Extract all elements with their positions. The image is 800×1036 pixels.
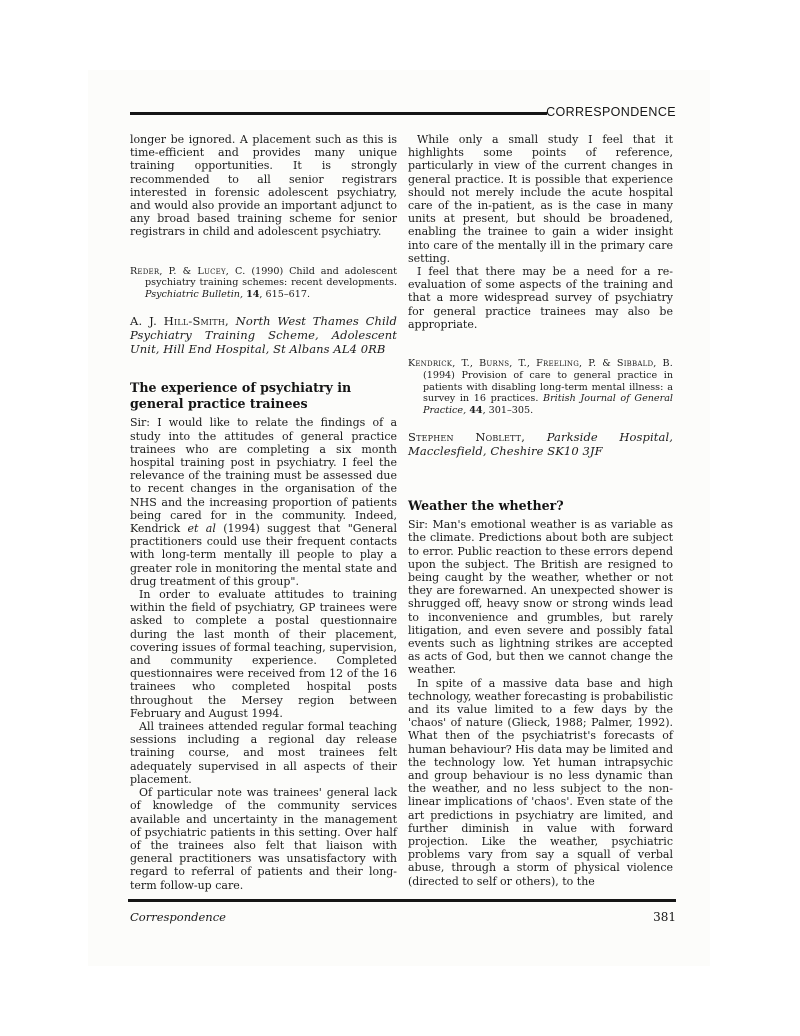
paragraph: All trainees attended regular formal tea… (130, 720, 397, 786)
et-al-italic: et al (188, 522, 216, 535)
footer-rule (128, 899, 676, 902)
signature-name: A. J. Hill-Smith, (130, 314, 236, 328)
reference-authors: Reder, P. & Lucey, C. (130, 266, 246, 277)
signature-noblett: Stephen Noblett, Parkside Hospital, Macc… (408, 431, 673, 459)
paragraph: I feel that there may be a need for a re… (408, 265, 673, 331)
reference-kendrick: Kendrick, T., Burns, T., Freeling, P. & … (408, 358, 673, 417)
letter-heading-weather: Weather the whether? (408, 498, 673, 514)
paragraph: Sir: I would like to relate the findings… (130, 416, 397, 588)
right-column: While only a small study I feel that it … (408, 133, 673, 888)
paragraph-text: Sir: I would like to relate the findings… (130, 416, 397, 535)
header-rule (130, 112, 547, 115)
page: CORRESPONDENCE longer be ignored. A plac… (88, 70, 710, 966)
running-head: CORRESPONDENCE (546, 106, 676, 119)
reference-journal: Psychiatric Bulletin, (145, 289, 246, 300)
paragraph: In spite of a massive data base and high… (408, 677, 673, 888)
reference-reder-lucey: Reder, P. & Lucey, C. (1990) Child and a… (130, 266, 397, 301)
continuation-paragraph: longer be ignored. A placement such as t… (130, 133, 397, 239)
letter-heading-experience: The experience of psychiatry in general … (130, 380, 397, 411)
signature-hill-smith: A. J. Hill-Smith, North West Thames Chil… (130, 315, 397, 356)
paragraph: Sir: Man's emotional weather is as varia… (408, 518, 673, 676)
left-column: longer be ignored. A placement such as t… (130, 133, 397, 892)
paragraph: In order to evaluate attitudes to traini… (130, 588, 397, 720)
paragraph: While only a small study I feel that it … (408, 133, 673, 265)
reference-pages: , 301–305. (483, 405, 534, 416)
paragraph: Of particular note was trainees' general… (130, 786, 397, 892)
reference-authors: Kendrick, T., Burns, T., Freeling, P. & … (408, 358, 673, 369)
signature-name: Stephen Noblett, (408, 430, 547, 444)
scanned-journal-page: CORRESPONDENCE longer be ignored. A plac… (0, 0, 800, 1036)
reference-pages: , 615–617. (259, 289, 310, 300)
page-number: 381 (653, 910, 676, 924)
footer-section-label: Correspondence (130, 910, 226, 924)
reference-volume: 44 (469, 405, 482, 416)
reference-volume: 14 (246, 289, 259, 300)
